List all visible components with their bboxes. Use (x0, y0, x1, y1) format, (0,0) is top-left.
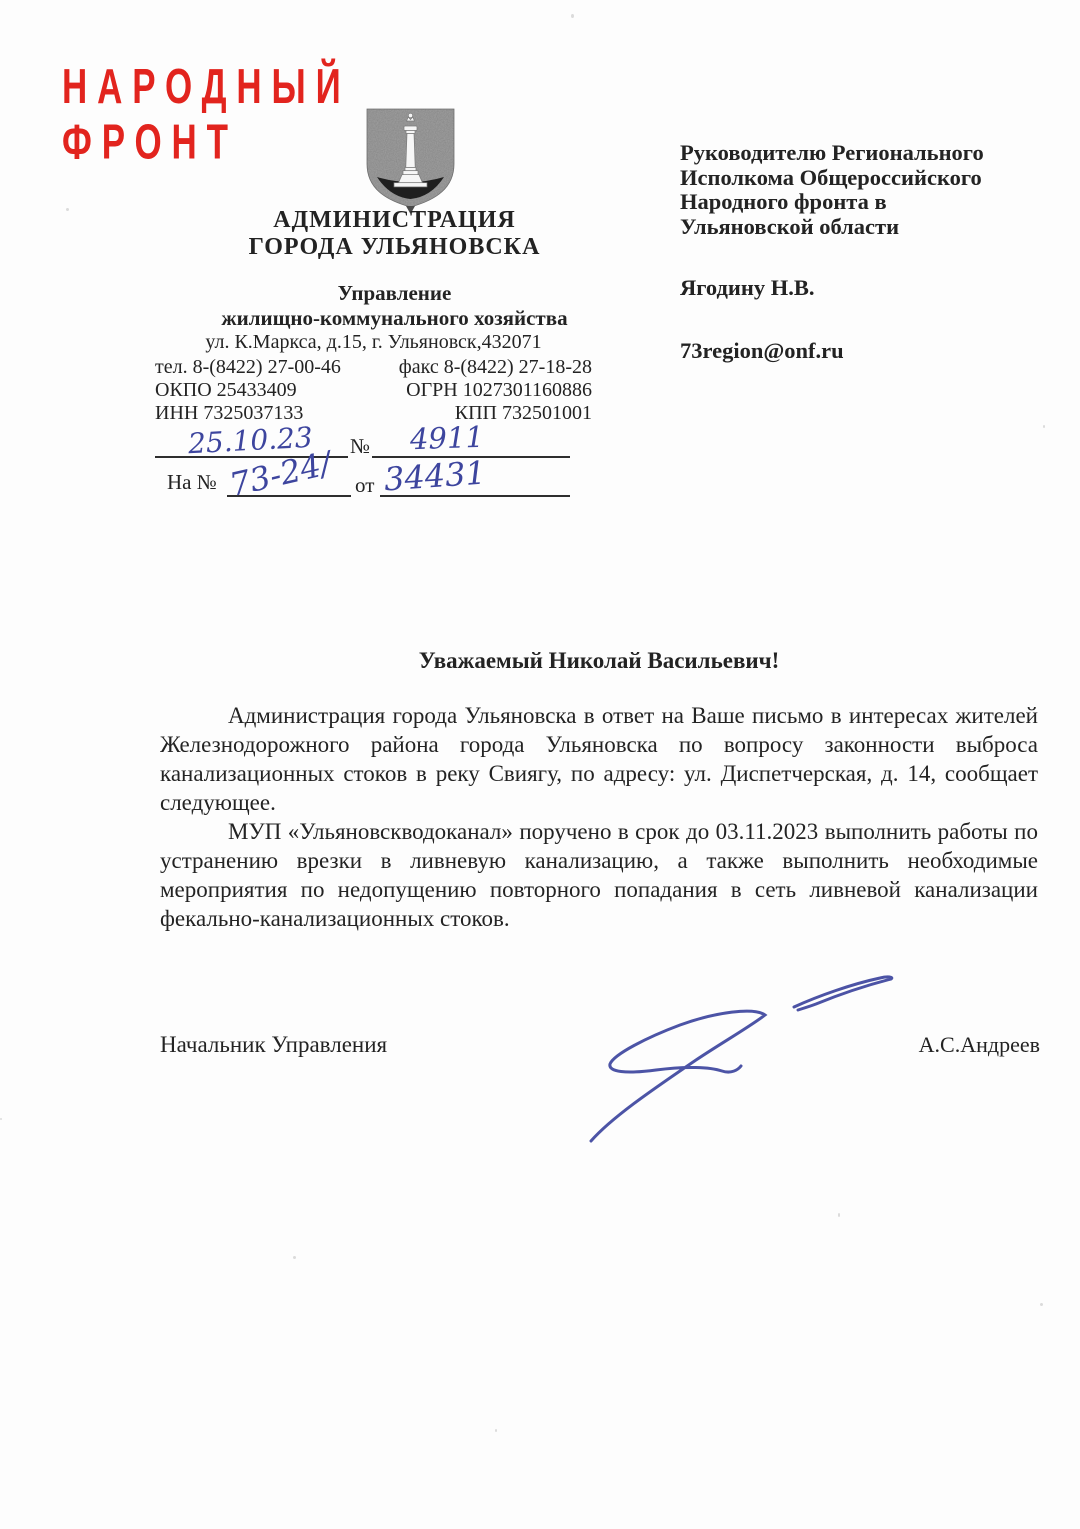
scan-speck (1043, 425, 1045, 428)
org-okpo: ОКПО 25433409 (155, 379, 297, 402)
scan-speck (66, 208, 69, 211)
department-heading: Управление жилищно-коммунального хозяйст… (142, 281, 647, 331)
dept-line1: Управление (142, 281, 647, 306)
paragraph: МУП «Ульяновскводоканал» поручено в срок… (160, 817, 1038, 933)
org-fax: факс 8-(8422) 27-18-28 (399, 356, 592, 379)
org-name-line1: АДМИНИСТРАЦИЯ (142, 207, 647, 234)
org-ogrn: ОГРН 1027301160886 (406, 379, 592, 402)
paragraph: Администрация города Ульяновска в ответ … (160, 701, 1038, 817)
org-phone: тел. 8-(8422) 27-00-46 (155, 356, 341, 379)
from-label: от (355, 473, 374, 498)
logo-line-2: ФРОНТ (62, 114, 351, 170)
number-sign-label: № (350, 434, 370, 459)
narodny-front-logo: НАРОДНЫЙ ФРОНТ (62, 58, 351, 169)
recipient-email: 73region@onf.ru (680, 339, 1070, 364)
scan-speck (838, 1213, 840, 1217)
org-name-line2: ГОРОДА УЛЬЯНОВСКА (142, 234, 647, 261)
recipient-line: Народного фронта в (680, 190, 1070, 215)
handwritten-from-number: 34431 (383, 453, 487, 498)
handwritten-signature (558, 958, 900, 1170)
recipient-name: Ягодину Н.В. (680, 276, 1070, 301)
scanned-letter-page: НАРОДНЫЙ ФРОНТ (0, 0, 1080, 1529)
letter-body: Администрация города Ульяновска в ответ … (160, 701, 1038, 933)
scan-speck (1040, 1303, 1043, 1306)
recipient-line: Руководителю Регионального (680, 141, 1070, 166)
handwritten-outgoing-number: 4911 (409, 420, 484, 457)
scan-speck (495, 1429, 497, 1432)
scan-speck (571, 14, 574, 18)
org-heading: АДМИНИСТРАЦИЯ ГОРОДА УЛЬЯНОВСКА (142, 207, 647, 261)
dept-line2: жилищно-коммунального хозяйства (142, 306, 647, 331)
ulyanovsk-coat-of-arms-icon (362, 106, 459, 216)
scan-speck (0, 1118, 2, 1120)
org-contacts: тел. 8-(8422) 27-00-46 факс 8-(8422) 27-… (155, 356, 592, 425)
org-address: ул. К.Маркса, д.15, г. Ульяновск,432071 (155, 331, 592, 354)
recipient-line: Исполкома Общероссийского (680, 166, 1070, 191)
salutation: Уважаемый Николай Васильевич! (160, 648, 1038, 674)
incoming-number-label: На № (167, 470, 217, 495)
recipient-block: Руководителю Регионального Исполкома Общ… (680, 141, 1070, 363)
recipient-line: Ульяновской области (680, 215, 1070, 240)
logo-line-1: НАРОДНЫЙ (62, 58, 351, 114)
signer-position: Начальник Управления (160, 1032, 387, 1058)
scan-speck (293, 1256, 296, 1259)
